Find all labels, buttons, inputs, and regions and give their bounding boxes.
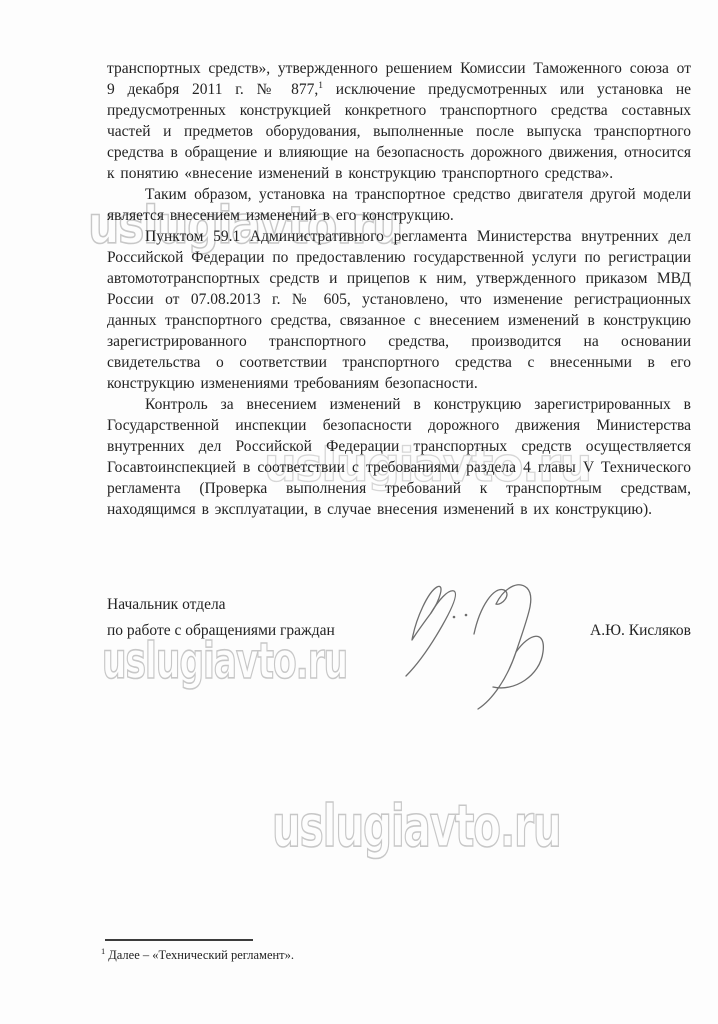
watermark-uslugiavto-4: uslugiavto.ru xyxy=(272,792,561,860)
footnote: 1Далее – «Технический регламент». xyxy=(101,947,521,963)
official-position-line2: по работе с обращениями граждан xyxy=(107,618,335,644)
footnote-text: Далее – «Технический регламент». xyxy=(108,948,294,962)
paragraph-3: Пунктом 59.1 Административного регламент… xyxy=(107,226,691,394)
handwritten-signature xyxy=(390,560,560,712)
footnote-marker: 1 xyxy=(101,946,105,956)
document-text: транспортных средств», утвержденного реш… xyxy=(107,58,691,520)
footnote-separator-rule xyxy=(105,939,253,941)
paragraph-4: Контроль за внесением изменений в констр… xyxy=(107,394,691,520)
scanned-letter-page: uslugiavto.ru uslugiavto.ru uslugiavto.r… xyxy=(0,0,718,1024)
signee-name: А.Ю. Кисляков xyxy=(590,618,691,644)
paragraph-2: Таким образом, установка на транспортное… xyxy=(107,184,691,226)
paragraph-1: транспортных средств», утвержденного реш… xyxy=(107,58,691,184)
